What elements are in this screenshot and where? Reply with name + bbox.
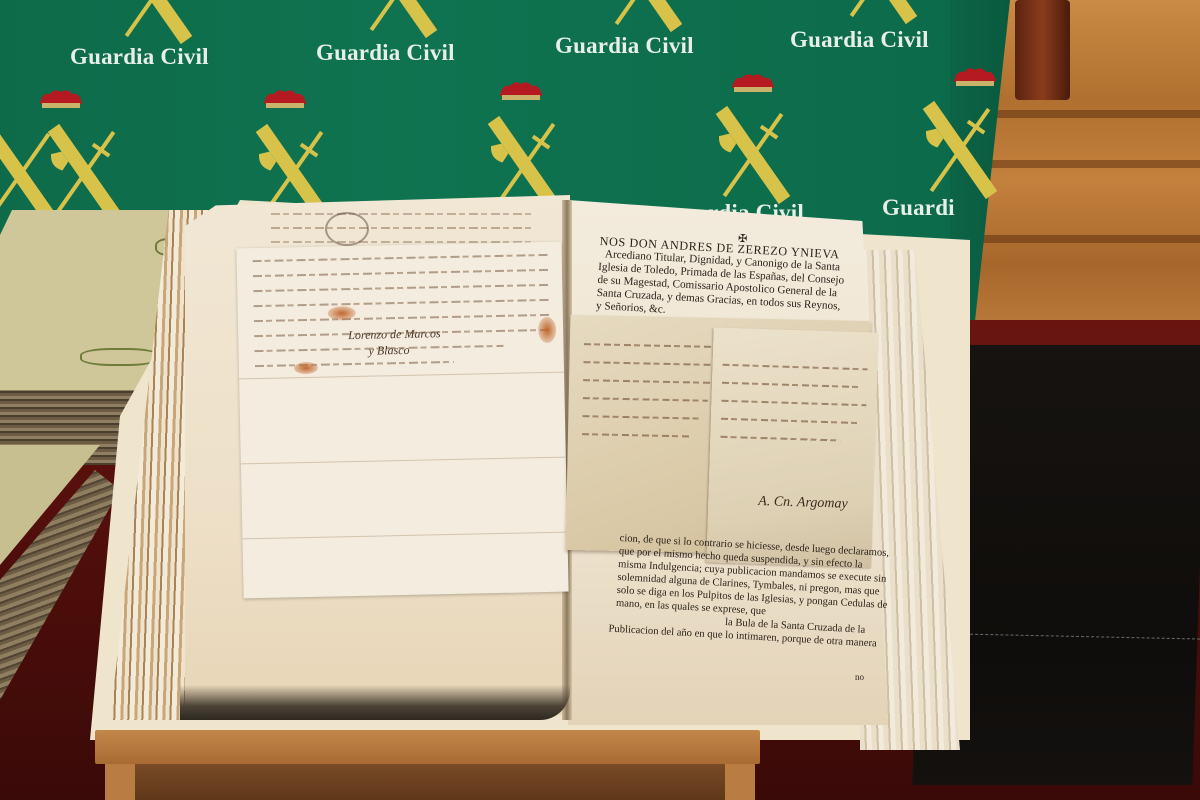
pasted-manuscript-note: A. Cn. Argomay [706, 327, 878, 567]
letter-signature: y Blasco [368, 343, 409, 359]
printed-decree-body: cion, de que si lo contrario se hiciesse… [614, 532, 889, 651]
fasces-and-sword-icon [600, 0, 690, 38]
stair-step [980, 110, 1200, 118]
lectern-leg [725, 764, 755, 800]
crown-icon [262, 88, 308, 110]
metal-clasp-icon [80, 348, 159, 366]
crown-icon [38, 88, 84, 110]
letter-signature: Lorenzo de Marcos [348, 326, 441, 343]
cross-icon: ✠ [738, 233, 748, 246]
banister-post [1015, 0, 1070, 100]
fasces-and-sword-icon [355, 0, 445, 44]
fasces-and-sword-icon [708, 100, 798, 210]
backdrop-label: Guardia Civil [790, 27, 929, 53]
crown-icon [952, 66, 998, 88]
page-number: no [855, 672, 864, 682]
note-signature: A. Cn. Argomay [758, 494, 848, 513]
lectern-base [105, 762, 755, 800]
fasces-and-sword-icon [835, 0, 925, 30]
ink-seal-stamp [325, 212, 369, 246]
printed-decree: ✠ NOS DON ANDRES DE ZEREZO YNIEVA Arcedi… [596, 235, 885, 329]
stair-step [950, 235, 1200, 243]
manuscript-letter: Lorenzo de Marcos y Blasco [236, 242, 568, 599]
worn-page-edge [180, 685, 570, 720]
lectern-leg [105, 764, 135, 800]
lectern-ledge [95, 730, 760, 764]
fasces-and-sword-icon [110, 0, 200, 50]
fasces-and-sword-icon [915, 95, 1005, 205]
crown-icon [498, 80, 544, 102]
crown-icon [730, 72, 776, 94]
